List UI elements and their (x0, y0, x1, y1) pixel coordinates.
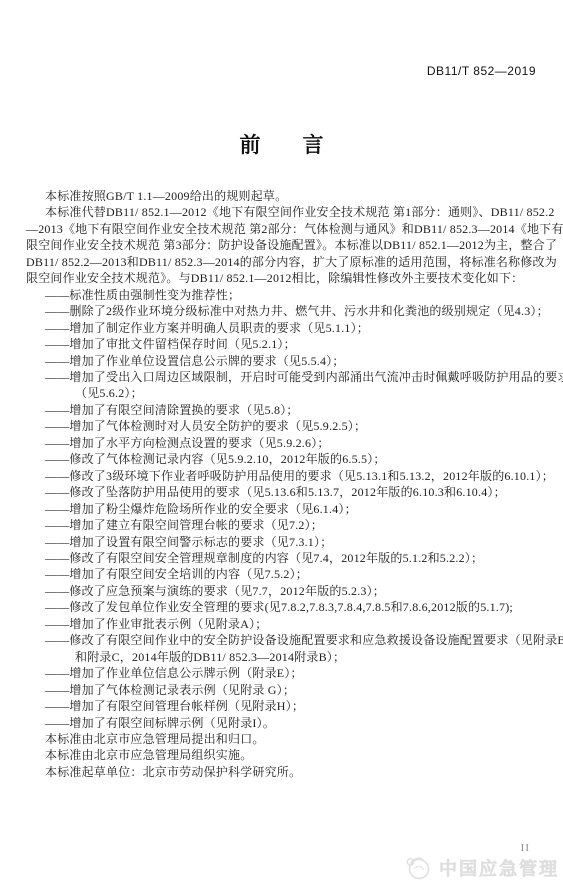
text-line: ——修改了发包单位作业安全管理的要求(见7.8.2,7.8.3,7.8.4,7.… (26, 599, 539, 615)
text-line: ——增加了制定作业方案并明确人员职责的要求（见5.1.1）； (26, 320, 539, 336)
text-line: ——修改了有限空间作业中的安全防护设备设施配置要求和应急救援设备设施配置要求（见… (26, 632, 539, 648)
text-line: ——增加了气体检测时对人员安全防护的要求（见5.9.2.5）； (26, 418, 539, 434)
page-title: 前 言 (0, 129, 563, 159)
text-line: 本标准由北京市应急管理局提出和归口。 (26, 731, 539, 747)
text-line: ——增加了作业审批表示例（见附录A）； (26, 616, 539, 632)
emergency-management-logo-icon (405, 854, 433, 882)
text-line: ——标准性质由强制性变为推荐性； (26, 287, 539, 303)
text-line: ——增加了有限空间管理台帐样例（见附录H）； (26, 698, 539, 714)
text-line: 本标准由北京市应急管理局组织实施。 (26, 747, 539, 763)
text-line: ——增加了作业单位信息公示牌示例（附录E）； (26, 665, 539, 681)
text-line: ——增加了粉尘爆炸危险场所作业的安全要求（见6.1.4）； (26, 501, 539, 517)
text-line: ——增加了设置有限空间警示标志的要求（见7.3.1）； (26, 534, 539, 550)
standard-number: DB11/T 852—2019 (427, 64, 536, 78)
text-line: ——修改了3级环境下作业者呼吸防护用品使用的要求（见5.13.1和5.13.2，… (26, 468, 539, 484)
text-line: ——增加了有限空间清除置换的要求（见5.8）； (26, 402, 539, 418)
watermark-text: 中国应急管理 (439, 855, 559, 881)
text-line: ——修改了气体检测记录内容（见5.9.2.10，2012年版的6.5.5）； (26, 451, 539, 467)
text-line: ——修改了有限空间安全管理规章制度的内容（见7.4，2012年版的5.1.2和5… (26, 550, 539, 566)
text-line: 限空间作业安全技术规范》。与DB11/ 852.1—2012相比，除编辑性修改外… (26, 270, 539, 286)
text-line: （见5.6.2）； (26, 385, 539, 401)
text-line: ——增加了有限空间安全培训的内容（见7.5.2）； (26, 566, 539, 582)
text-line: 本标准起草单位：北京市劳动保护科学研究所。 (26, 764, 539, 780)
text-line: ——增加了气体检测记录表示例（见附录 G）； (26, 682, 539, 698)
document-page: { "page": { "header_code": "DB11/T 852—2… (0, 0, 563, 893)
text-line: ——增加了有限空间标牌示例（见附录I）。 (26, 715, 539, 731)
text-line: —2013《地下有限空间作业安全技术规范 第2部分：气体检测与通风》和DB11/… (26, 221, 539, 237)
watermark: 中国应急管理 (405, 854, 559, 882)
page-number: II (521, 842, 530, 854)
text-line: ——修改了坠落防护用品使用的要求（见5.13.6和5.13.7，2012年版的6… (26, 484, 539, 500)
text-line: ——删除了2级作业环境分级标准中对热力井、燃气井、污水井和化粪池的级别规定（见4… (26, 303, 539, 319)
text-line: ——增加了审批文件留档保存时间（见5.2.1）； (26, 336, 539, 352)
text-line: ——修改了应急预案与演练的要求（见7.7，2012年版的5.2.3）； (26, 583, 539, 599)
foreword-body: 本标准按照GB/T 1.1—2009给出的规则起草。本标准代替DB11/ 852… (26, 188, 539, 780)
text-line: 本标准代替DB11/ 852.1—2012《地下有限空间作业安全技术规范 第1部… (26, 204, 539, 220)
text-line: DB11/ 852.2—2013和DB11/ 852.3—2014的部分内容，扩… (26, 254, 539, 270)
text-line: 限空间作业安全技术规范 第3部分：防护设备设施配置》。本标准以DB11/ 852… (26, 237, 539, 253)
text-line: ——增加了水平方向检测点设置的要求（见5.9.2.6）； (26, 435, 539, 451)
text-line: 和附录C，2014年版的DB11/ 852.3—2014附录B）； (26, 649, 539, 665)
text-line: ——增加了受出入口周边区域限制，开启时可能受到内部涌出气流冲击时佩戴呼吸防护用品… (26, 369, 539, 385)
text-line: ——增加了作业单位设置信息公示牌的要求（见5.5.4）； (26, 353, 539, 369)
text-line: 本标准按照GB/T 1.1—2009给出的规则起草。 (26, 188, 539, 204)
text-line: ——增加了建立有限空间管理台帐的要求（见7.2）； (26, 517, 539, 533)
